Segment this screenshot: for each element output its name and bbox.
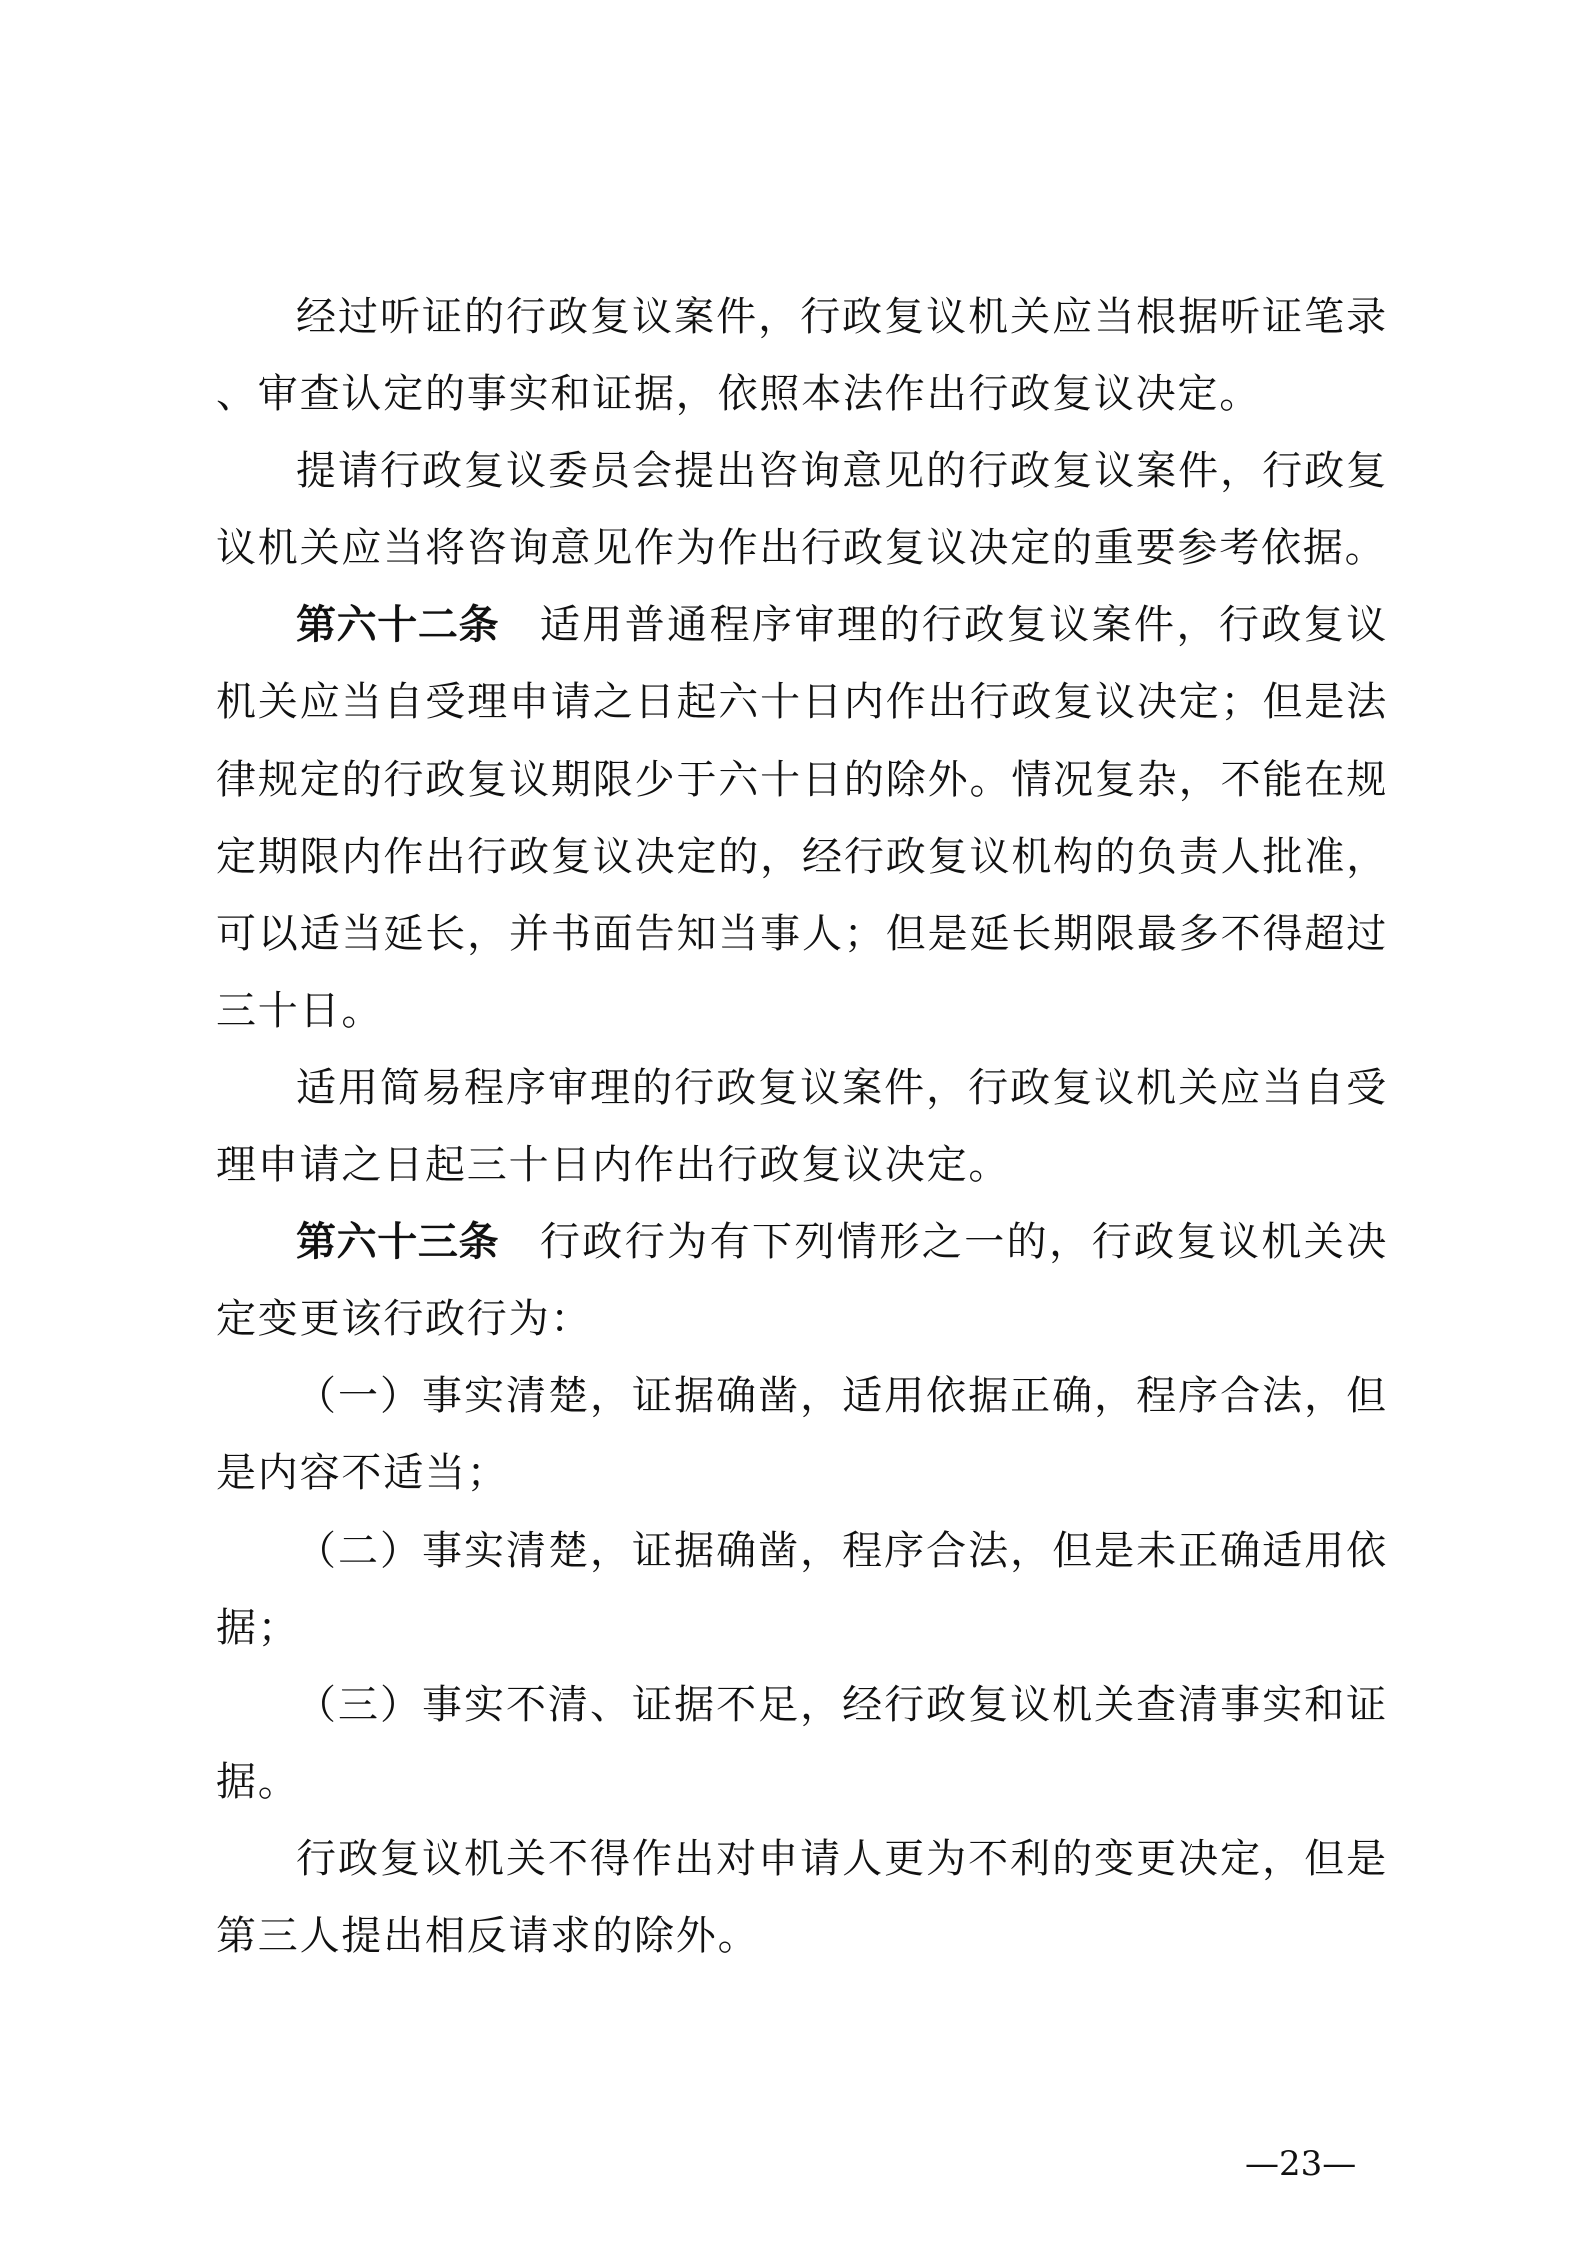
- paragraph-text: 经过听证的行政复议案件，行政复议机关应当根据听证笔录、审查认定的事实和证据，依照…: [216, 294, 1388, 417]
- paragraph-text: 提请行政复议委员会提出咨询意见的行政复议案件，行政复议机关应当将咨询意见作为作出…: [216, 448, 1388, 571]
- article-62: 第六十二条适用普通程序审理的行政复议案件，行政复议机关应当自受理申请之日起六十日…: [216, 587, 1388, 1050]
- list-item-text: （三）事实不清、证据不足，经行政复议机关查清事实和证据。: [216, 1682, 1388, 1805]
- list-item-text: （二）事实清楚，证据确凿，程序合法，但是未正确适用依据；: [216, 1528, 1388, 1651]
- list-item-2: （二）事实清楚，证据确凿，程序合法，但是未正确适用依据；: [216, 1513, 1388, 1667]
- paragraph-text: 适用简易程序审理的行政复议案件，行政复议机关应当自受理申请之日起三十日内作出行政…: [216, 1065, 1388, 1188]
- list-item-text: （一）事实清楚，证据确凿，适用依据正确，程序合法，但是内容不适当；: [216, 1373, 1388, 1496]
- article-text: 适用普通程序审理的行政复议案件，行政复议机关应当自受理申请之日起六十日内作出行政…: [216, 602, 1388, 1033]
- paragraph-hearing-cases: 经过听证的行政复议案件，行政复议机关应当根据听证笔录、审查认定的事实和证据，依照…: [216, 279, 1388, 433]
- paragraph-text: 行政复议机关不得作出对申请人更为不利的变更决定，但是第三人提出相反请求的除外。: [216, 1836, 1388, 1959]
- article-63: 第六十三条行政行为有下列情形之一的，行政复议机关决定变更该行政行为：: [216, 1204, 1388, 1358]
- document-page: 经过听证的行政复议案件，行政复议机关应当根据听证笔录、审查认定的事实和证据，依照…: [0, 0, 1587, 2245]
- document-body: 经过听证的行政复议案件，行政复议机关应当根据听证笔录、审查认定的事实和证据，依照…: [216, 279, 1388, 1975]
- page-number: —23—: [1245, 2144, 1356, 2184]
- article-heading: 第六十三条: [296, 1219, 499, 1265]
- paragraph-simple-procedure: 适用简易程序审理的行政复议案件，行政复议机关应当自受理申请之日起三十日内作出行政…: [216, 1050, 1388, 1204]
- article-heading: 第六十二条: [296, 602, 499, 648]
- paragraph-committee-opinion: 提请行政复议委员会提出咨询意见的行政复议案件，行政复议机关应当将咨询意见作为作出…: [216, 433, 1388, 587]
- list-item-3: （三）事实不清、证据不足，经行政复议机关查清事实和证据。: [216, 1667, 1388, 1821]
- list-item-1: （一）事实清楚，证据确凿，适用依据正确，程序合法，但是内容不适当；: [216, 1358, 1388, 1512]
- paragraph-no-adverse-change: 行政复议机关不得作出对申请人更为不利的变更决定，但是第三人提出相反请求的除外。: [216, 1821, 1388, 1975]
